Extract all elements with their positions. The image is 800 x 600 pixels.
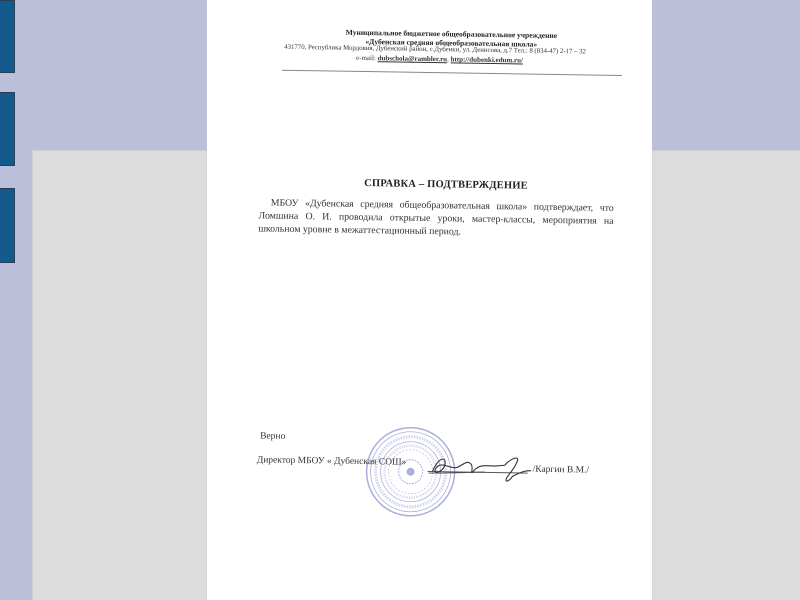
contact-separator: ,	[447, 55, 449, 63]
signature-icon	[424, 447, 537, 489]
email-label: e-mail:	[356, 54, 376, 62]
certification-mark: Верно	[260, 431, 285, 441]
email-link[interactable]: dubschola@rambler.ru	[378, 54, 448, 63]
accent-bar-1	[0, 0, 15, 73]
signatory-name: /Каргин В.М./	[533, 465, 590, 476]
letterhead-contacts: e-mail: dubschola@rambler.ru, http://dub…	[356, 54, 606, 66]
letterhead-divider	[282, 70, 622, 76]
document-body: МБОУ «Дубенская средняя общеобразователь…	[258, 196, 614, 241]
website-link[interactable]: http://dubenki.edum.ru/	[451, 55, 523, 64]
document-title: СПРАВКА – ПОДТВЕРЖДЕНИЕ	[364, 178, 528, 192]
document-page: Муниципальное бюджетное общеобразователь…	[207, 0, 652, 600]
document-content: Муниципальное бюджетное общеобразователь…	[207, 0, 652, 600]
accent-bar-3	[0, 188, 15, 263]
signatory-position: Директор МБОУ « Дубенская СОШ»	[257, 455, 407, 467]
accent-bar-2	[0, 92, 15, 166]
